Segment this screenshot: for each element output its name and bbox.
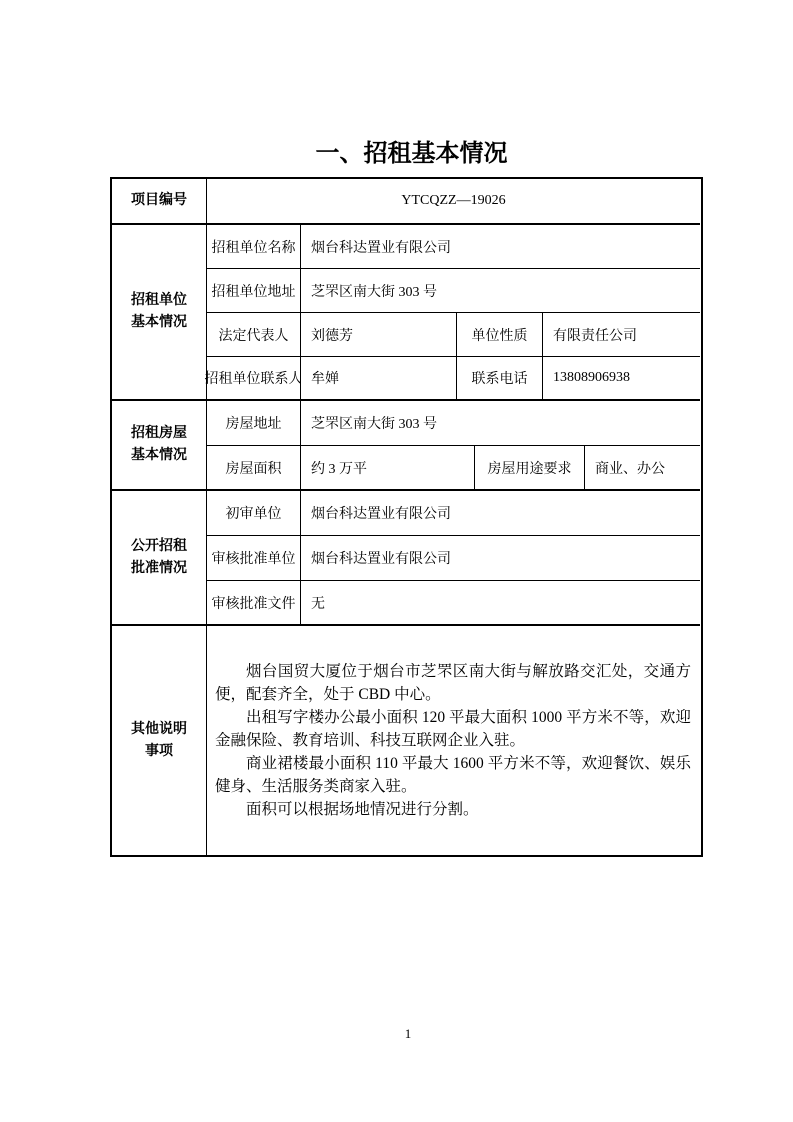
initial-review-label: 初审单位 [207,491,301,536]
notes-paragraph: 出租写字楼办公最小面积 120 平最大面积 1000 平方米不等，欢迎金融保险、… [215,706,691,752]
notes-paragraph: 商业裙楼最小面积 110 平最大 1600 平方米不等，欢迎餐饮、娱乐健身、生活… [215,752,691,798]
unit-address-value: 芝罘区南大街 303 号 [301,269,700,313]
project-number-value: YTCQZZ—19026 [207,179,700,225]
unit-contact-label: 招租单位联系人 [207,357,301,401]
notes-paragraph: 面积可以根据场地情况进行分割。 [215,798,691,821]
unit-section-header: 招租单位 基本情况 [112,225,207,401]
rental-info-table: 项目编号 YTCQZZ—19026 招租单位 基本情况 招租单位名称 烟台科达置… [110,177,703,857]
house-address-label: 房屋地址 [207,401,301,446]
house-section-header: 招租房屋 基本情况 [112,401,207,491]
project-number-label: 项目编号 [112,179,207,225]
unit-nature-label: 单位性质 [457,313,543,357]
unit-address-label: 招租单位地址 [207,269,301,313]
legal-rep-value: 刘德芳 [301,313,457,357]
approval-doc-value: 无 [301,581,700,626]
approval-unit-value: 烟台科达置业有限公司 [301,536,700,581]
notes-section-header: 其他说明 事项 [112,626,207,855]
unit-nature-value: 有限责任公司 [543,313,700,357]
house-address-value: 芝罘区南大街 303 号 [301,401,700,446]
notes-paragraph: 烟台国贸大厦位于烟台市芝罘区南大街与解放路交汇处，交通方便，配套齐全，处于 CB… [215,660,691,706]
legal-rep-label: 法定代表人 [207,313,301,357]
unit-name-value: 烟台科达置业有限公司 [301,225,700,269]
document-page: { "document": { "title": "一、招租基本情况", "pa… [0,0,793,1122]
approval-doc-label: 审核批准文件 [207,581,301,626]
approval-section-header: 公开招租 批准情况 [112,491,207,626]
contact-phone-label: 联系电话 [457,357,543,401]
initial-review-value: 烟台科达置业有限公司 [301,491,700,536]
notes-content: 烟台国贸大厦位于烟台市芝罘区南大街与解放路交汇处，交通方便，配套齐全，处于 CB… [207,626,700,855]
unit-contact-value: 牟婵 [301,357,457,401]
house-usage-label: 房屋用途要求 [475,446,585,491]
house-area-value: 约 3 万平 [301,446,475,491]
approval-unit-label: 审核批准单位 [207,536,301,581]
page-number: 1 [0,1026,793,1042]
contact-phone-value: 13808906938 [543,357,700,401]
page-title: 一、招租基本情况 [0,0,793,169]
house-area-label: 房屋面积 [207,446,301,491]
house-usage-value: 商业、办公 [585,446,700,491]
unit-name-label: 招租单位名称 [207,225,301,269]
